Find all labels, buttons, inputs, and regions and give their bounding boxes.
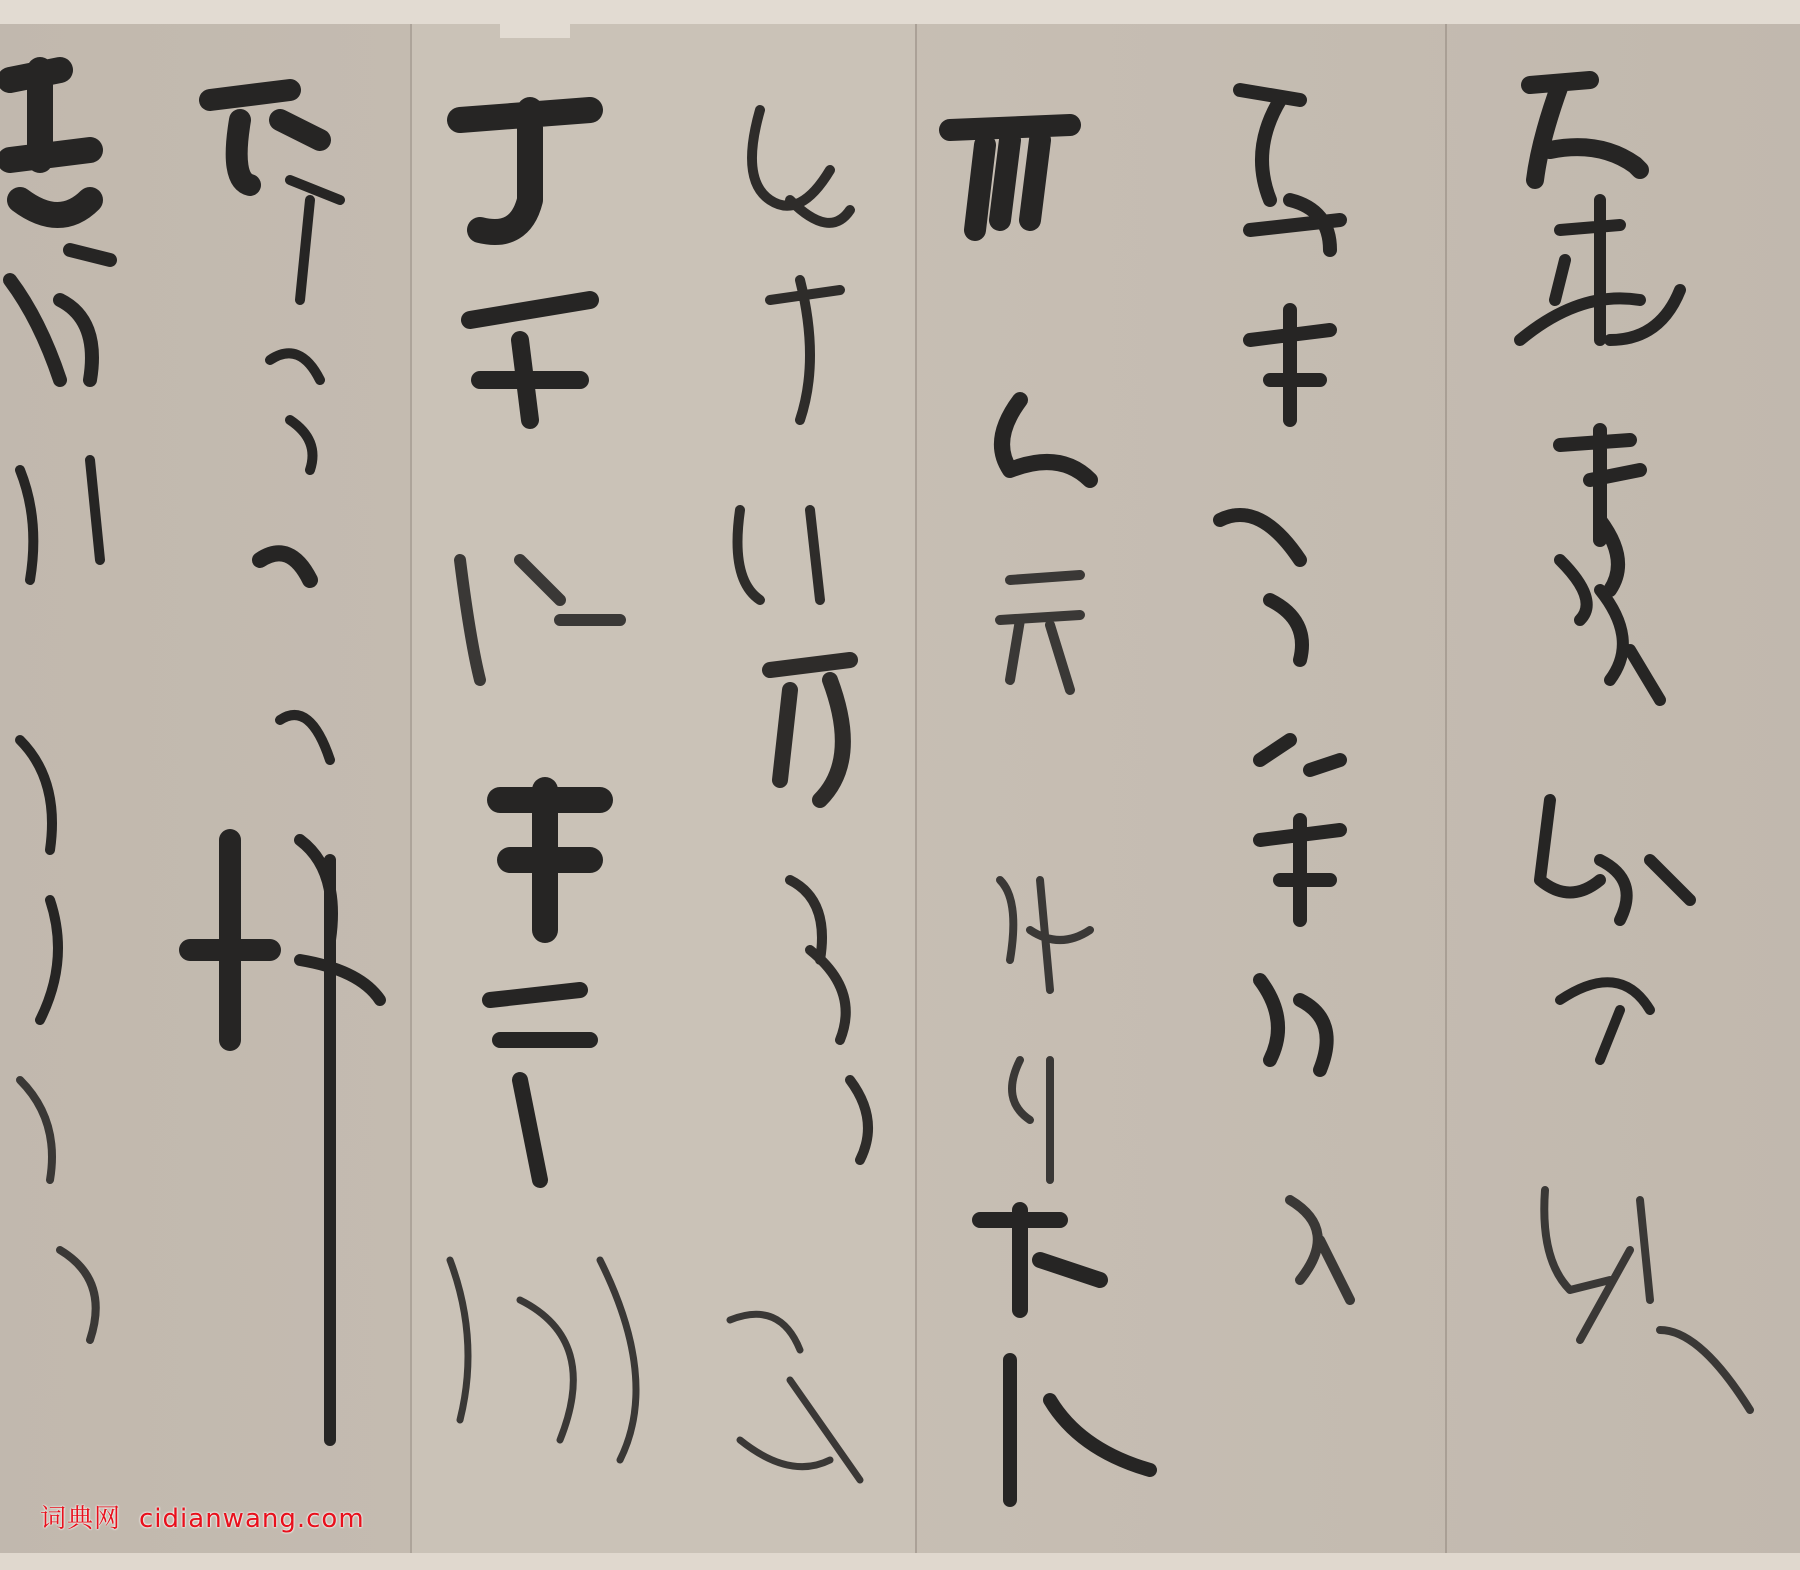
watermark: 词典网cidianwang.com (40, 1498, 383, 1535)
calligraphy-column-6 (190, 90, 380, 1440)
calligraphy-column-3 (950, 125, 1150, 1500)
watermark-chinese: 词典网 (40, 1504, 121, 1534)
calligraphy-column-2 (1220, 90, 1350, 1300)
calligraphy-column-1 (1520, 80, 1750, 1410)
calligraphy-column-7 (10, 70, 110, 1340)
calligraphy-column-5 (450, 110, 636, 1460)
calligraphy-column-4 (730, 110, 868, 1480)
watermark-site: cidianwang.com (139, 1504, 365, 1534)
calligraphy-ink (0, 0, 1800, 1570)
